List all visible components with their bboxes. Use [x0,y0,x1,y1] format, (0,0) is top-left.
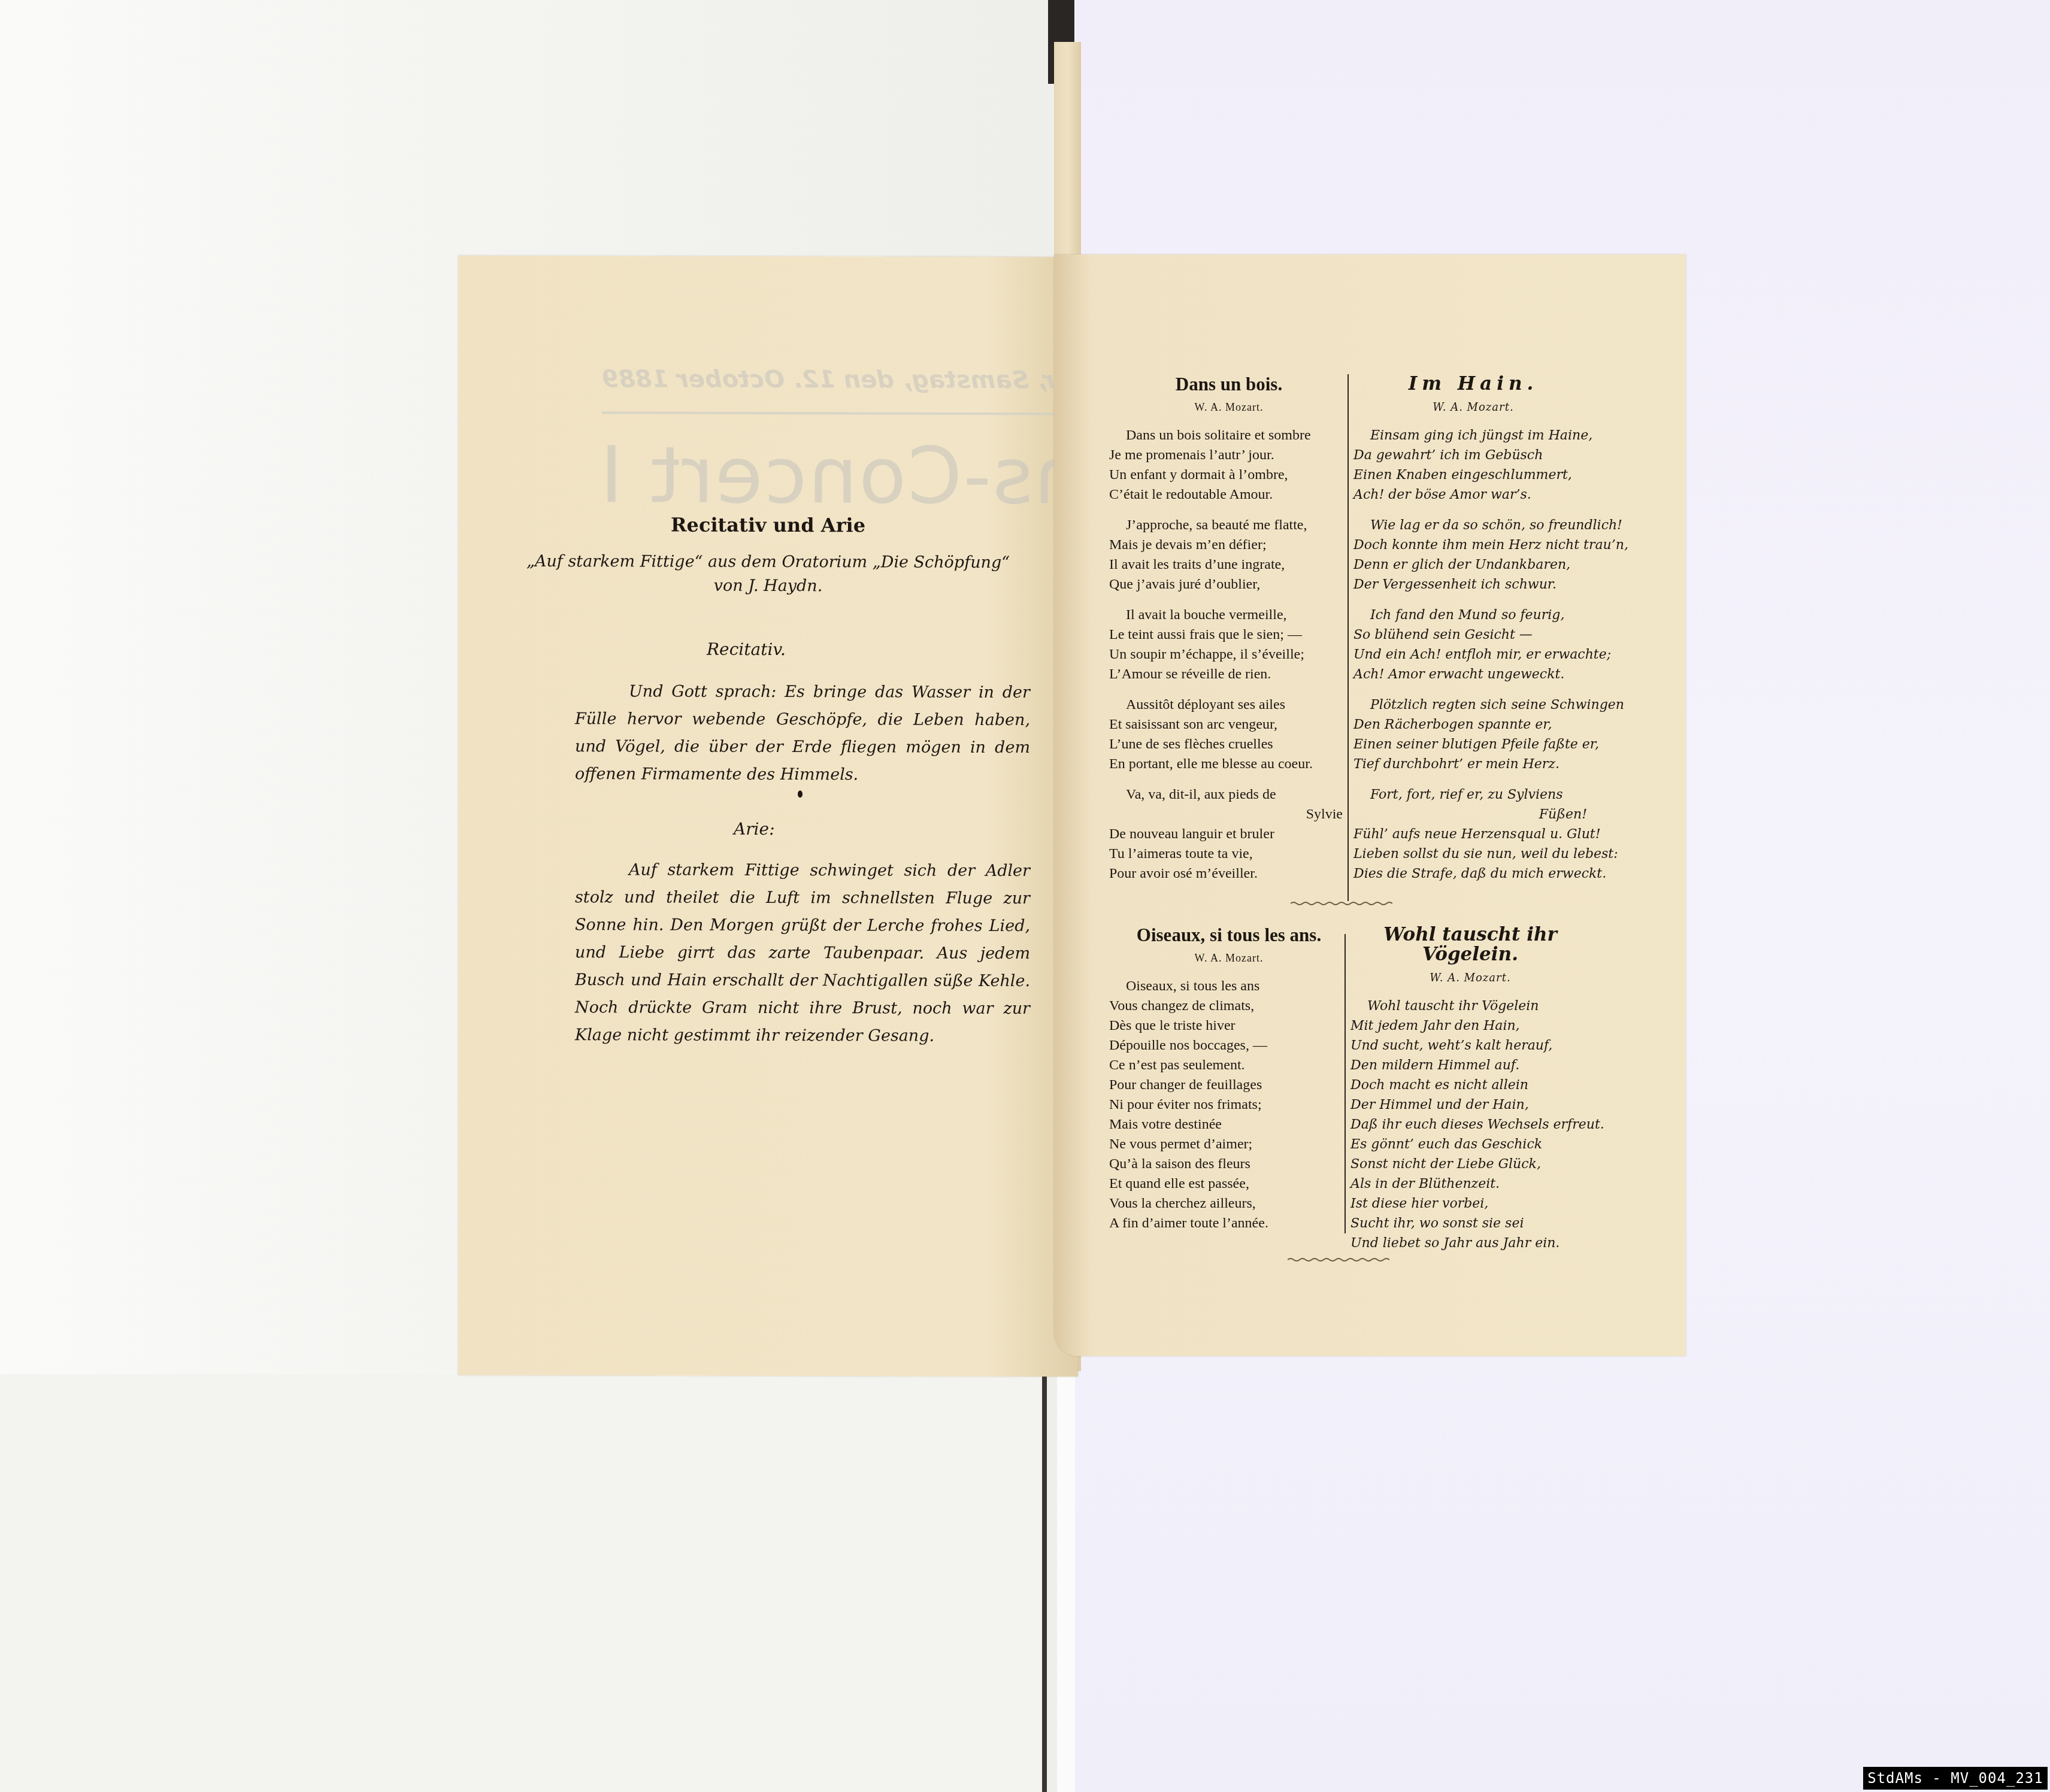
verse-line: Va, va, dit-il, aux pieds de [1109,785,1349,805]
verse-line: Daß ihr euch dieses Wechsels erfreut. [1350,1115,1590,1135]
song-title: Im Hain. [1353,374,1593,394]
column-divider [1348,374,1349,901]
verse-line: Et quand elle est passée, [1109,1174,1349,1194]
verse-line: Oiseaux, si tous les ans [1109,977,1349,996]
piece-composer: von J. Haydn. [458,576,1078,596]
verse-line: Ich fand den Mund so feurig, [1353,605,1593,625]
stanza: Plötzlich regten sich seine Schwingen De… [1353,695,1593,774]
verse-line: Il avait la bouche vermeille, [1109,605,1349,625]
arie-text: Auf starkem Fittige schwinget sich der A… [575,856,1030,1050]
verse-line: Den mildern Himmel auf. [1350,1056,1590,1075]
ghost-rule [602,411,1057,415]
verse-line: Ach! der böse Amor war’s. [1353,485,1593,505]
song-dans-un-bois: Dans un bois. W. A. Mozart. Dans un bois… [1109,374,1349,895]
verse-line: Doch konnte ihm mein Herz nicht trau’n, [1353,535,1593,555]
right-page: Dans un bois. W. A. Mozart. Dans un bois… [1054,254,1686,1356]
verse-line: Und liebet so Jahr aus Jahr ein. [1350,1233,1590,1253]
verse-line: Ce n’est pas seulement. [1109,1056,1349,1075]
song-title: Wohl tauscht ihr Vögelein. [1350,925,1590,965]
left-backing-lower [0,1374,1045,1792]
song-title: Oiseaux, si tous les ans. [1109,925,1349,945]
ink-spot [798,790,803,798]
verse-line: C’était le redoutable Amour. [1109,485,1349,505]
verse-line: Es gönnt’ euch das Geschick [1350,1135,1590,1154]
arie-label: Arie: [734,819,775,839]
verse-line: Un enfant y dormait à l’ombre, [1109,465,1349,485]
verse-line: Der Vergessenheit ich schwur. [1353,575,1593,595]
verse-line: Sucht ihr, wo sonst sie sei [1350,1214,1590,1233]
verse-line: Lieben sollst du sie nun, weil du lebest… [1353,844,1593,864]
verse-line: L’Amour se réveille de rien. [1109,665,1349,684]
verse-line: Tu l’aimeras toute ta vie, [1109,844,1349,864]
verse-line: Un soupir m’échappe, il s’éveille; [1109,645,1349,665]
verse-line: Als in der Blüthenzeit. [1350,1174,1590,1194]
verse-line: Aussitôt déployant ses ailes [1109,695,1349,715]
verse-line: Der Himmel und der Hain, [1350,1095,1590,1115]
verse-line: Den Rächerbogen spannte er, [1353,715,1593,735]
verse-line: Plötzlich regten sich seine Schwingen [1353,695,1593,715]
verse-line: Vous changez de climats, [1109,996,1349,1016]
verse-line: Sylvie [1109,805,1349,824]
song-composer: W. A. Mozart. [1353,398,1593,417]
verse-line: Et saisissant son arc vengeur, [1109,715,1349,735]
verse-line: Dépouille nos boccages, — [1109,1036,1349,1056]
archive-scan-label: StdAMs - MV_004_231 [1863,1767,2048,1790]
verse-line: Ni pour éviter nos frimats; [1109,1095,1349,1115]
verse-line: Füßen! [1353,805,1593,824]
stanza: Fort, fort, rief er, zu Sylviens Füßen! … [1353,785,1593,884]
stanza: Il avait la bouche vermeille, Le teint a… [1109,605,1349,684]
stanza: Dans un bois solitaire et sombre Je me p… [1109,426,1349,505]
stanza: Aussitôt déployant ses ailes Et saisissa… [1109,695,1349,774]
verse-line: Tief durchbohrt’ er mein Herz. [1353,754,1593,774]
ornamental-divider [1288,1257,1389,1262]
verse-line: Wohl tauscht ihr Vögelein [1350,996,1590,1016]
verse-line: Doch macht es nicht allein [1350,1075,1590,1095]
song-composer: W. A. Mozart. [1350,968,1590,988]
verse-line: Ach! Amor erwacht ungeweckt. [1353,665,1593,684]
stanza: Einsam ging ich jüngst im Haine, Da gewa… [1353,426,1593,505]
song-im-hain: Im Hain. W. A. Mozart. Einsam ging ich j… [1353,374,1593,895]
verse-line: Je me promenais l’autr’ jour. [1109,445,1349,465]
verse-line: Wie lag er da so schön, so freundlich! [1353,516,1593,535]
verse-line: Einen seiner blutigen Pfeile faßte er, [1353,735,1593,754]
song-oiseaux: Oiseaux, si tous les ans. W. A. Mozart. … [1109,925,1349,1233]
verse-line: So blühend sein Gesicht — [1353,625,1593,645]
verse-line: Einsam ging ich jüngst im Haine, [1353,426,1593,445]
verse-line: J’approche, sa beauté me flatte, [1109,516,1349,535]
verse-line: Fort, fort, rief er, zu Sylviens [1353,785,1593,805]
verse-line: A fin d’aimer toute l’année. [1109,1214,1349,1233]
song-composer: W. A. Mozart. [1109,948,1349,968]
verse-line: Denn er glich der Undankbaren, [1353,555,1593,575]
verse-line: Pour avoir osé m’éveiller. [1109,864,1349,884]
verse-line: En portant, elle me blesse au coeur. [1109,754,1349,774]
verse-line: Ne vous permet d’aimer; [1109,1135,1349,1154]
verse-line: Il avait les traits d’une ingrate, [1109,555,1349,575]
song-wohl-tauscht: Wohl tauscht ihr Vögelein. W. A. Mozart.… [1350,925,1590,1253]
verse-line: Fühl’ aufs neue Herzensqual u. Glut! [1353,824,1593,844]
verse-line: Pour changer de feuillages [1109,1075,1349,1095]
verse-line: Einen Knaben eingeschlummert, [1353,465,1593,485]
verse-line: Mais votre destinée [1109,1115,1349,1135]
verse-line: Mais je devais m’en défier; [1109,535,1349,555]
verse-line: Und ein Ach! entfloh mir, er erwachte; [1353,645,1593,665]
stanza: Ich fand den Mund so feurig, So blühend … [1353,605,1593,684]
verse-line: Que j’avais juré d’oublier, [1109,575,1349,595]
gutter-shadow [1042,1359,1047,1792]
verse-line: Qu’à la saison des fleurs [1109,1154,1349,1174]
verse-line: Vous la cherchez ailleurs, [1109,1194,1349,1214]
stanza: Va, va, dit-il, aux pieds de Sylvie De n… [1109,785,1349,884]
recitativ-label: Recitativ. [707,639,786,659]
stanza: Wie lag er da so schön, so freundlich! D… [1353,516,1593,595]
verse-line: Mit jedem Jahr den Hain, [1350,1016,1590,1036]
verse-line: Ist diese hier vorbei, [1350,1194,1590,1214]
ornamental-divider [1291,901,1392,906]
piece-subtitle: „Auf starkem Fittige“ aus dem Oratorium … [458,552,1078,572]
recitativ-text: Und Gott sprach: Es bringe das Wasser in… [575,678,1030,789]
stanza: J’approche, sa beauté me flatte, Mais je… [1109,516,1349,595]
verse-line: Und sucht, weht’s kalt herauf, [1350,1036,1590,1056]
verse-line: Dans un bois solitaire et sombre [1109,426,1349,445]
column-divider [1345,934,1346,1233]
left-page: Münster, Samstag, den 12. October 1889 V… [458,256,1078,1377]
verse-line: Dies die Strafe, daß du mich erweckt. [1353,864,1593,884]
verse-line: De nouveau languir et bruler [1109,824,1349,844]
verse-line: Le teint aussi frais que le sien; — [1109,625,1349,645]
verse-line: L’une de ses flèches cruelles [1109,735,1349,754]
verse-line: Sonst nicht der Liebe Glück, [1350,1154,1590,1174]
piece-heading: Recitativ und Arie [458,513,1078,538]
song-title: Dans un bois. [1109,374,1349,394]
song-composer: W. A. Mozart. [1109,398,1349,417]
verse-line: Dès que le triste hiver [1109,1016,1349,1036]
verse-line: Da gewahrt’ ich im Gebüsch [1353,445,1593,465]
